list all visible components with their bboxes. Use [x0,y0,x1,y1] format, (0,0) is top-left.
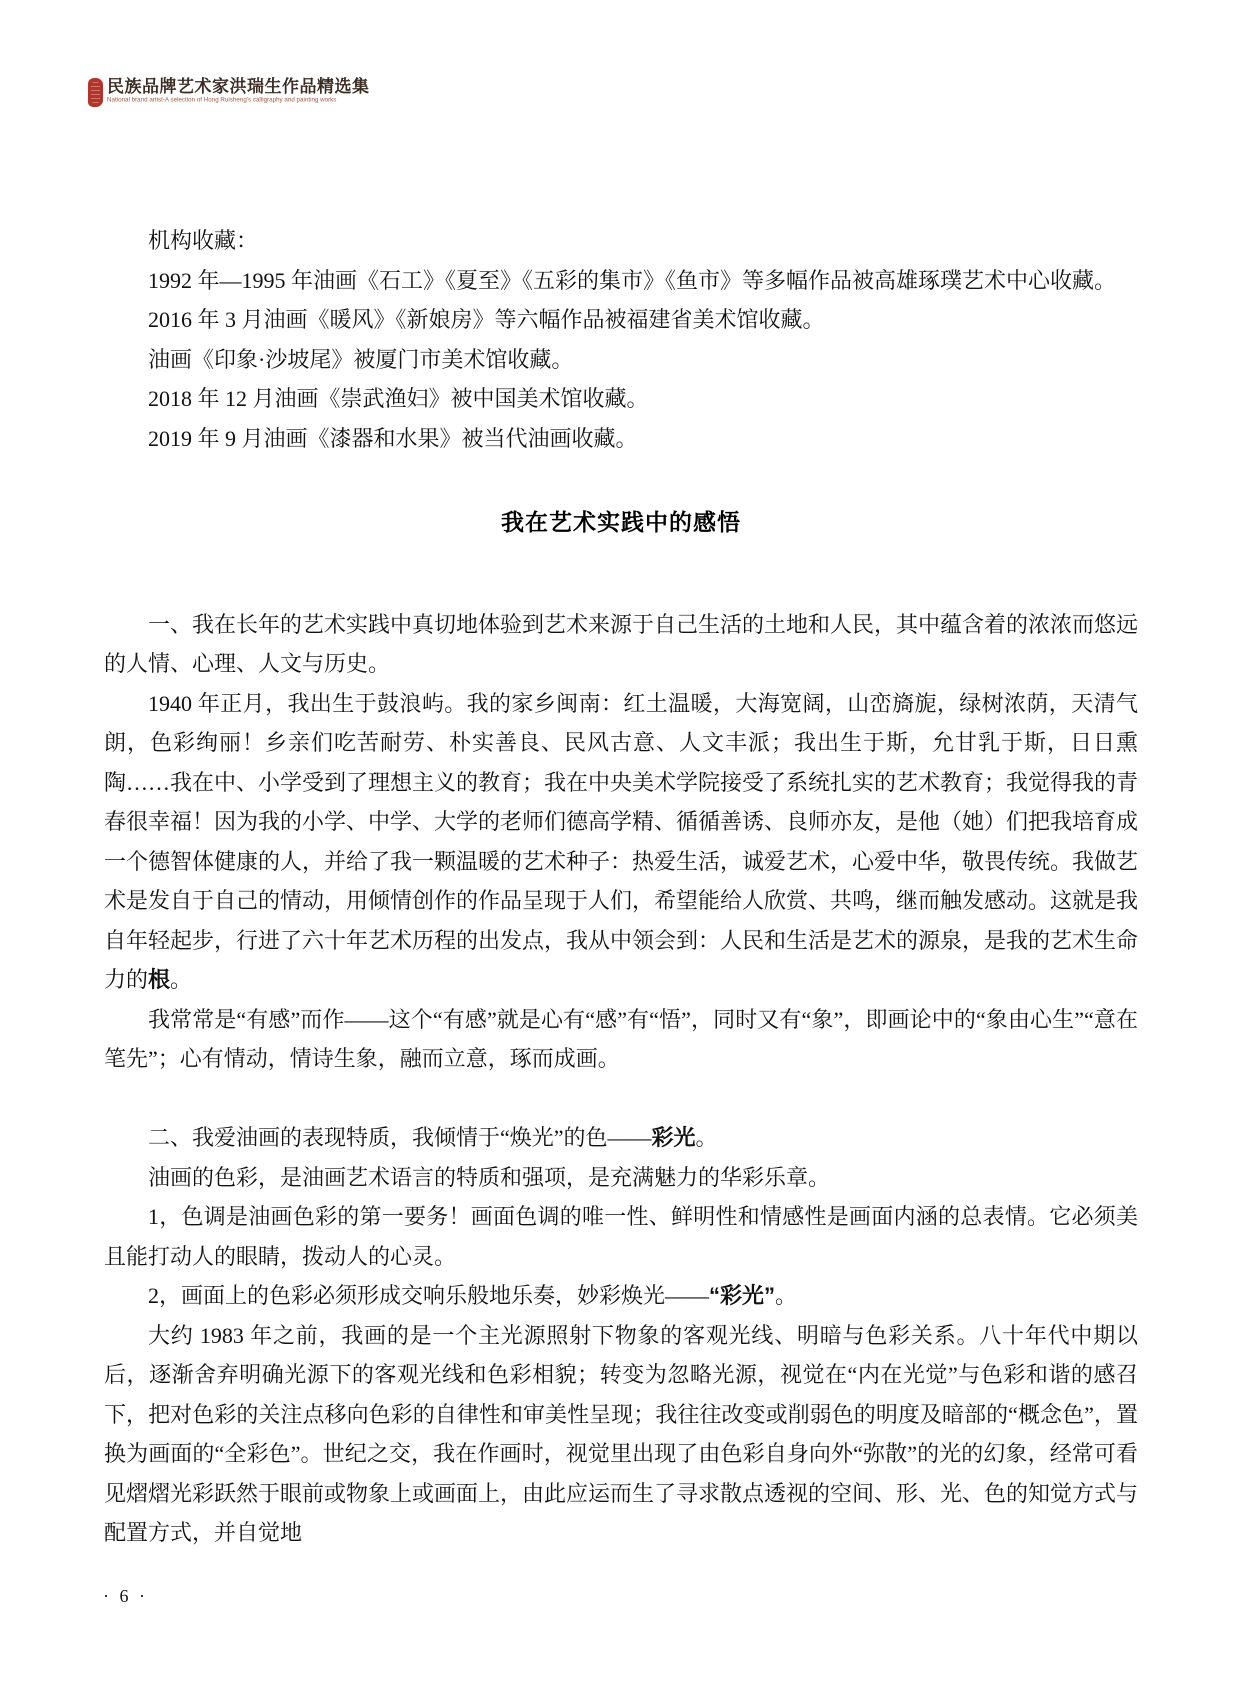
essay-paragraph: 1，色调是油画色彩的第一要务！画面色调的唯一性、鲜明性和情感性是画面内涵的总表情… [104,1197,1138,1276]
seal-logo-icon [88,78,103,107]
collection-item: 2019 年 9 月油画《漆器和水果》被当代油画收藏。 [104,419,1138,459]
essay-title: 我在艺术实践中的感悟 [104,503,1138,543]
essay-paragraph: 一、我在长年的艺术实践中真切地体验到艺术来源于自己生活的土地和人民，其中蕴含着的… [104,605,1138,684]
paragraph-text: 。 [775,1283,797,1308]
essay-paragraph: 2，画面上的色彩必须形成交响乐般地乐奏，妙彩焕光——“彩光”。 [104,1276,1138,1316]
page-body: 机构收藏： 1992 年—1995 年油画《石工》《夏至》《五彩的集市》《鱼市》… [104,221,1138,1553]
paragraph-text: 二、我爱油画的表现特质，我倾情于“焕光”的色—— [148,1125,652,1150]
essay-paragraph: 大约 1983 年之前，我画的是一个主光源照射下物象的客观光线、明暗与色彩关系。… [104,1316,1138,1553]
emphasized-text: 根 [148,967,170,992]
paragraph-text: 2，画面上的色彩必须形成交响乐般地乐奏，妙彩焕光—— [148,1283,709,1308]
document-page: 民族品牌艺术家洪瑞生作品精选集 National brand artist-A … [0,0,1240,1683]
page-header: 民族品牌艺术家洪瑞生作品精选集 National brand artist-A … [88,78,401,107]
essay-paragraph: 我常常是“有感”而作——这个“有感”就是心有“感”有“悟”，同时又有“象”，即画… [104,1000,1138,1079]
brand-subtitle: National brand artist-A selection of Hon… [107,97,336,103]
emphasized-text: 彩光 [652,1125,696,1150]
paragraph-text: 1940 年正月，我出生于鼓浪屿。我的家乡闽南：红土温暖，大海宽阔，山峦旖旎，绿… [104,691,1138,993]
paragraph-text: 。 [170,967,192,992]
collections-heading: 机构收藏： [104,221,1138,261]
collection-item: 油画《印象·沙坡尾》被厦门市美术馆收藏。 [104,340,1138,380]
emphasized-text: “彩光” [709,1283,775,1308]
collection-item: 2018 年 12 月油画《崇武渔妇》被中国美术馆收藏。 [104,379,1138,419]
collection-item: 1992 年—1995 年油画《石工》《夏至》《五彩的集市》《鱼市》等多幅作品被… [104,261,1138,301]
brand-text: 民族品牌艺术家洪瑞生作品精选集 National brand artist-A … [107,78,401,105]
brand-title: 民族品牌艺术家洪瑞生作品精选集 [107,78,401,95]
page-footer: · 6 · [103,1586,148,1607]
paragraph-text: 。 [696,1125,718,1150]
collection-item: 2016 年 3 月油画《暖风》《新娘房》等六幅作品被福建省美术馆收藏。 [104,300,1138,340]
essay-paragraph: 油画的色彩，是油画艺术语言的特质和强项，是充满魅力的华彩乐章。 [104,1158,1138,1198]
essay-paragraph: 1940 年正月，我出生于鼓浪屿。我的家乡闽南：红土温暖，大海宽阔，山峦旖旎，绿… [104,684,1138,1000]
essay-paragraph: 二、我爱油画的表现特质，我倾情于“焕光”的色——彩光。 [104,1118,1138,1158]
page-number: · 6 · [103,1586,148,1606]
